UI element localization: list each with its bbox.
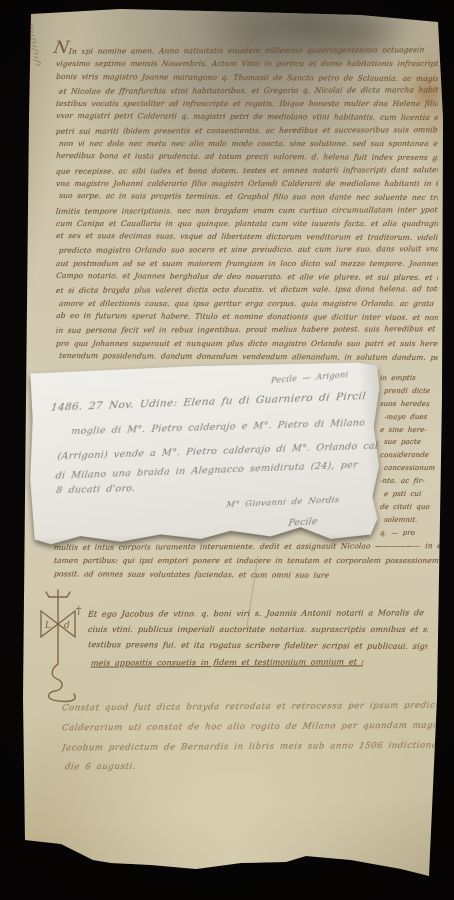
manuscript-line: cum Canipa et Cauallaria in qua quinque.… bbox=[55, 217, 438, 230]
manuscript-line: possit. ad omnes suas voluntates faciend… bbox=[53, 567, 334, 582]
manuscript-line: tamen partibus: qui ipsi emptori ponere … bbox=[53, 554, 442, 568]
manuscript-line: amore et dilectionis causa. qua ipsa ger… bbox=[55, 297, 438, 310]
manuscript-line: que recepisse. ac sibi iudex et bona dot… bbox=[55, 163, 439, 178]
signum-letter-right: d bbox=[64, 621, 70, 631]
manuscript-line: aut postmodum ad se et suam maiorem frum… bbox=[55, 257, 438, 270]
manuscript-line-fragment: suos heredes bbox=[379, 398, 442, 411]
manuscript-line-fragment: q. — pro bbox=[379, 527, 442, 540]
manuscript-line: heredibus bona et iusta prudencia. ad to… bbox=[55, 149, 438, 164]
postscript-line: Constat quod fuit dicta brayda retrodata… bbox=[60, 697, 435, 719]
manuscript-line: vna magistro Johanni calderario filio ma… bbox=[55, 177, 438, 190]
manuscript-line-fragment: -nta. ac fir- bbox=[379, 475, 442, 488]
manuscript-line: predicto magistro Orlando suo socero et … bbox=[55, 243, 439, 258]
attestation-line: ciuis vtini. publicus imperiali auctorit… bbox=[87, 622, 429, 638]
manuscript-line-fragment: prendi dicte bbox=[379, 385, 442, 398]
manuscript-line: et Nicolao de ffranfurchia vtini habitat… bbox=[55, 83, 439, 98]
manuscript-line-fragment: solemnit. bbox=[379, 514, 442, 527]
manuscript-line: vigesimo septimo mensis Nouembris. Actum… bbox=[55, 57, 438, 70]
manuscript-line: petri sui mariti ibidem presentis et con… bbox=[55, 123, 439, 138]
manuscript-line-fragment: e sine here- bbox=[379, 424, 442, 437]
manuscript-line: suo sorpe. ac in suis propriis terminis.… bbox=[55, 189, 438, 204]
postscript-line: die 6 augusti. bbox=[60, 756, 435, 778]
signum-flourish bbox=[49, 664, 76, 701]
manuscript-line-fragment: considerande bbox=[379, 449, 442, 462]
postscript-line: Calderarium uti constat de hoc alio rogi… bbox=[60, 716, 435, 738]
manuscript-line-fragment: -mayo dues bbox=[379, 411, 442, 424]
manuscript-line-fragment: sue pacte bbox=[379, 436, 442, 449]
main-text-block: In xpi nomine amen. Anno natiuitatis eiu… bbox=[56, 44, 438, 363]
postscript-block: Constat quod fuit dicta brayda retrodata… bbox=[62, 698, 434, 777]
manuscript-line-fragment: in emptis bbox=[379, 372, 442, 385]
spine-notation: ſıııſııſııſı bbox=[25, 22, 56, 142]
attestation-line: meis appositis consuetis in fidem et tes… bbox=[87, 654, 364, 671]
notarial-signum-icon: L d bbox=[34, 584, 82, 706]
manuscript-line: In xpi nomine amen. Anno natiuitatis eiu… bbox=[55, 43, 425, 58]
attestation-line: Et ego Jacobus de vtino. q. boni viri s.… bbox=[87, 605, 429, 623]
manuscript-line-fragment: de citati quo bbox=[379, 501, 442, 514]
manuscript-line: et si dicta brayda plus valeret dictis o… bbox=[55, 283, 439, 298]
photograph-background: ſıııſııſııſı N In xpi nomine amen. Anno … bbox=[0, 0, 454, 900]
manuscript-line: limitis tempore inscriptionis. nec non b… bbox=[55, 203, 439, 218]
notary-attestation-block: Et ego Jacobus de vtino. q. boni viri s.… bbox=[88, 606, 428, 671]
slip-line-4-suffix: (24), per bbox=[304, 460, 358, 473]
manuscript-line-fragment: e psti cui bbox=[379, 488, 442, 501]
manuscript-line: pro qua Johannes superauit et nunquam pl… bbox=[55, 337, 438, 350]
manuscript-line-fragment: concessionum bbox=[379, 462, 442, 475]
signum-letter-left: L bbox=[44, 621, 51, 631]
manuscript-line: in sua persona fecit vel in rebus ingent… bbox=[55, 322, 439, 337]
attestation-line: testibus presens fui. et ita rogatus scr… bbox=[87, 637, 429, 655]
archivist-slip: Pecile — Arigoni 1486. 27 Nov. Udine: El… bbox=[27, 360, 385, 549]
notary-cross-mark: † bbox=[76, 604, 82, 617]
text-fragments-right-of-slip: in emptisprendi dictesuos heredes-mayo d… bbox=[380, 372, 442, 540]
